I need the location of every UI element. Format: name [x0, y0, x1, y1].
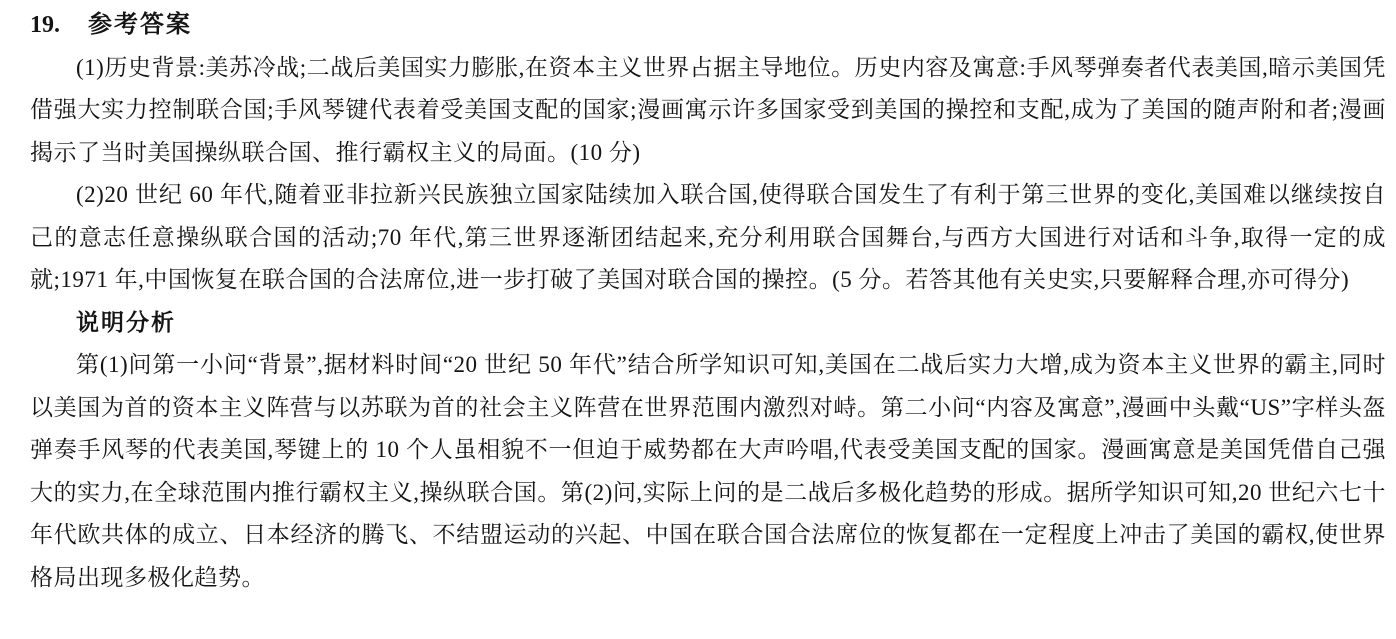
answer-key-page: 19. 参考答案 (1)历史背景:美苏冷战;二战后美国实力膨胀,在资本主义世界占… — [0, 0, 1396, 639]
analysis-paragraph: 第(1)问第一小问“背景”,据材料时间“20 世纪 50 年代”结合所学知识可知… — [30, 344, 1386, 599]
answer-heading-label: 参考答案 — [88, 4, 192, 47]
answer-paragraph-1: (1)历史背景:美苏冷战;二战后美国实力膨胀,在资本主义世界占据主导地位。历史内… — [30, 47, 1386, 175]
answer-paragraph-2: (2)20 世纪 60 年代,随着亚非拉新兴民族独立国家陆续加入联合国,使得联合… — [30, 174, 1386, 302]
question-number: 19. — [30, 4, 60, 47]
analysis-heading: 说明分析 — [30, 302, 1386, 345]
answer-heading: 19. 参考答案 — [30, 4, 1386, 47]
